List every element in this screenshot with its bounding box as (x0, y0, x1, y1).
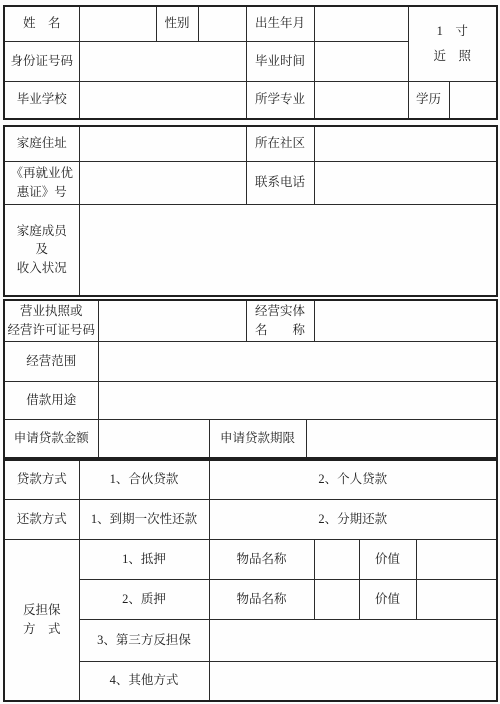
section-identity: 姓 名 性别 出生年月 1 寸 近 照 身份证号码 毕业时间 毕业学校 所学专业… (3, 5, 498, 120)
school-label-cell: 毕业学校 (4, 81, 79, 119)
major-label-cell: 所学专业 (246, 81, 314, 119)
guarantee-option-pledge: 2、质押 (79, 579, 209, 619)
community-label-cell: 所在社区 (246, 126, 314, 161)
pledge-value-input[interactable] (416, 579, 497, 619)
section-loan: 贷款方式 1、合伙贷款 2、个人贷款 还款方式 1、到期一次性还款 2、分期还款… (3, 459, 498, 702)
family-label-line3: 收入状况 (7, 259, 77, 278)
mortgage-value-label: 价值 (359, 539, 416, 579)
business-entity-label-cell: 经营实体 名 称 (246, 300, 314, 341)
grad-time-input-cell[interactable] (314, 41, 408, 81)
loan-purpose-label-cell: 借款用途 (4, 381, 98, 419)
entity-label-line1: 经营实体 (249, 302, 312, 321)
counter-guarantee-label-cell: 反担保 方 式 (4, 539, 79, 701)
community-input-cell[interactable] (314, 126, 497, 161)
photo-size-label: 1 寸 (411, 22, 495, 41)
education-input-cell[interactable] (449, 81, 497, 119)
school-input-cell[interactable] (79, 81, 246, 119)
address-label-cell: 家庭住址 (4, 126, 79, 161)
repay-option-lump-sum: 1、到期一次性还款 (79, 499, 209, 539)
loan-method-label-cell: 贷款方式 (4, 460, 79, 499)
repay-option-installment: 2、分期还款 (209, 499, 497, 539)
loan-term-label-cell: 申请贷款期限 (209, 419, 306, 458)
family-label-line2: 及 (7, 240, 77, 259)
family-income-label-cell: 家庭成员 及 收入状况 (4, 204, 79, 296)
business-license-label-cell: 营业执照或 经营许可证号码 (4, 300, 98, 341)
entity-label-line2: 名 称 (249, 321, 312, 340)
education-label-cell: 学历 (408, 81, 449, 119)
major-input-cell[interactable] (314, 81, 408, 119)
mortgage-item-name-input[interactable] (314, 539, 359, 579)
address-input-cell[interactable] (79, 126, 246, 161)
family-label-line1: 家庭成员 (7, 222, 77, 241)
repay-method-label-cell: 还款方式 (4, 499, 79, 539)
form-document: 姓 名 性别 出生年月 1 寸 近 照 身份证号码 毕业时间 毕业学校 所学专业… (0, 0, 500, 704)
name-label-cell: 姓 名 (4, 6, 79, 41)
loan-amount-input-cell[interactable] (98, 419, 209, 458)
birth-input-cell[interactable] (314, 6, 408, 41)
id-number-label-cell: 身份证号码 (4, 41, 79, 81)
license-label-line1: 营业执照或 (7, 302, 96, 321)
loan-amount-label-cell: 申请贷款金额 (4, 419, 98, 458)
id-number-input-cell[interactable] (79, 41, 246, 81)
third-party-input-cell[interactable] (209, 619, 497, 661)
pledge-item-name-input[interactable] (314, 579, 359, 619)
reemployment-cert-label-cell: 《再就业优 惠证》号 (4, 161, 79, 204)
phone-label-cell: 联系电话 (246, 161, 314, 204)
cert-label-line1: 《再就业优 (7, 164, 77, 183)
mortgage-value-input[interactable] (416, 539, 497, 579)
license-label-line2: 经营许可证号码 (7, 321, 96, 340)
loan-method-option-personal: 2、个人贷款 (209, 460, 497, 499)
loan-method-option-partnership: 1、合伙贷款 (79, 460, 209, 499)
mortgage-item-name-label: 物品名称 (209, 539, 314, 579)
loan-term-input-cell[interactable] (306, 419, 497, 458)
loan-purpose-input-cell[interactable] (98, 381, 497, 419)
business-entity-input-cell[interactable] (314, 300, 497, 341)
guarantee-option-other: 4、其他方式 (79, 661, 209, 701)
family-income-input-cell[interactable] (79, 204, 497, 296)
phone-input-cell[interactable] (314, 161, 497, 204)
business-license-input-cell[interactable] (98, 300, 246, 341)
gender-input-cell[interactable] (198, 6, 246, 41)
photo-recent-label: 近 照 (411, 47, 495, 66)
business-scope-label-cell: 经营范围 (4, 341, 98, 381)
guarantee-option-mortgage: 1、抵押 (79, 539, 209, 579)
business-scope-input-cell[interactable] (98, 341, 497, 381)
guarantee-label-line2: 方 式 (7, 620, 77, 639)
grad-time-label-cell: 毕业时间 (246, 41, 314, 81)
pledge-value-label: 价值 (359, 579, 416, 619)
reemployment-cert-input-cell[interactable] (79, 161, 246, 204)
guarantee-label-line1: 反担保 (7, 601, 77, 620)
cert-label-line2: 惠证》号 (7, 183, 77, 202)
name-input-cell[interactable] (79, 6, 156, 41)
gender-label-cell: 性别 (156, 6, 198, 41)
section-business: 营业执照或 经营许可证号码 经营实体 名 称 经营范围 借款用途 申请贷款金额 … (3, 299, 498, 459)
pledge-item-name-label: 物品名称 (209, 579, 314, 619)
section-household: 家庭住址 所在社区 《再就业优 惠证》号 联系电话 家庭成员 及 收入状况 (3, 125, 498, 297)
other-method-input-cell[interactable] (209, 661, 497, 701)
photo-cell[interactable]: 1 寸 近 照 (408, 6, 497, 81)
birth-label-cell: 出生年月 (246, 6, 314, 41)
guarantee-option-third-party: 3、第三方反担保 (79, 619, 209, 661)
